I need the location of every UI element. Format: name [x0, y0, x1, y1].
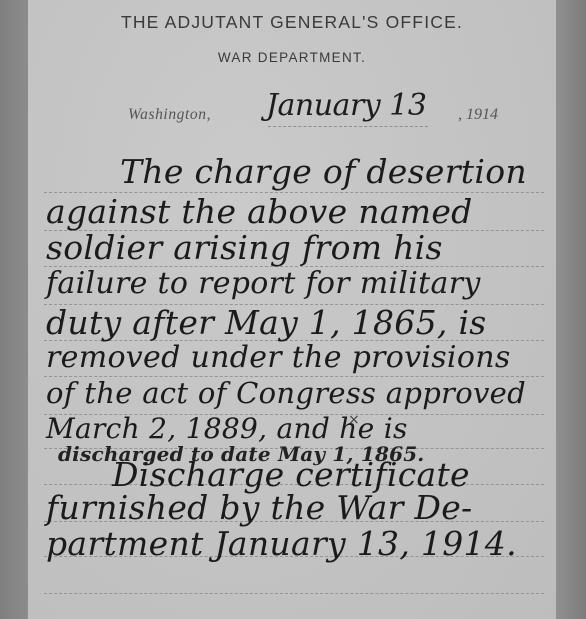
- handwritten-line: failure to report for military: [46, 266, 481, 301]
- handwritten-line: duty after May 1, 1865, is: [46, 303, 487, 342]
- dateline-place: Washington,: [128, 106, 211, 124]
- handwritten-line: The charge of desertion: [120, 152, 527, 191]
- scan-border-left: [0, 0, 28, 619]
- document-page: THE ADJUTANT GENERAL'S OFFICE. WAR DEPAR…: [28, 0, 556, 619]
- dateline: Washington, January 13 , 1914: [28, 92, 556, 132]
- dateline-handwritten-date: January 13: [266, 88, 426, 123]
- handwritten-line: soldier arising from his: [46, 228, 443, 267]
- dateline-year: , 1914: [458, 106, 498, 124]
- handwritten-line: partment January 13, 1914.: [46, 524, 517, 563]
- handwritten-line: of the act of Congress approved: [46, 376, 526, 410]
- handwritten-line: against the above named: [46, 192, 473, 231]
- handwritten-line: furnished by the War De-: [46, 488, 473, 527]
- annotation-x-mark: ×: [348, 412, 360, 428]
- scan-border-right: [556, 0, 586, 619]
- ruled-line: [44, 593, 544, 594]
- letterhead-office: THE ADJUTANT GENERAL'S OFFICE.: [28, 12, 556, 33]
- letterhead-department: WAR DEPARTMENT.: [28, 50, 556, 65]
- handwritten-line: removed under the provisions: [46, 340, 511, 375]
- dateline-rule: [268, 126, 428, 127]
